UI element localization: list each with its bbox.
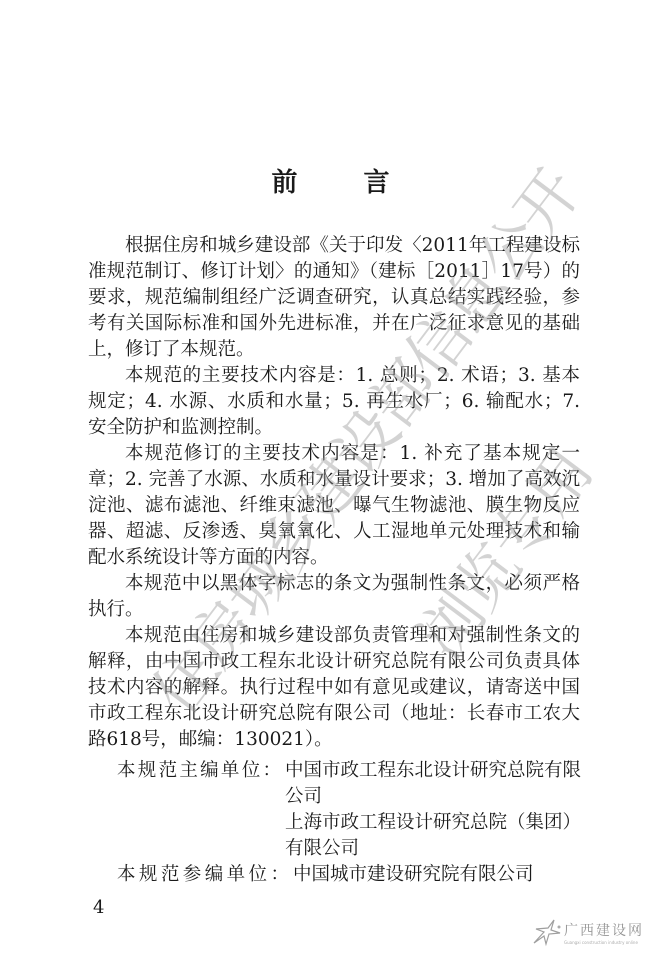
paragraph-mandatory-clauses: 本规范中以黑体字标志的条文为强制性条文，必须严格执行。 [88,571,580,623]
chief-editor-unit: 中国市政工程东北设计研究总院有限公司 [285,758,587,810]
paragraph-basis: 根据住房和城乡建设部《关于印发〈2011年工程建设标准规范制订、修订计划〉的通知… [88,233,580,363]
preface-body: 根据住房和城乡建设部《关于印发〈2011年工程建设标准规范制订、修订计划〉的通知… [88,233,580,753]
site-logo: 广西建设网 Guangxi construction industry onli… [532,912,660,952]
paragraph-revision-content: 本规范修订的主要技术内容是：1. 补充了基本规定一章；2. 完善了水源、水质和水… [88,441,580,571]
star-logo-icon [532,917,562,947]
logo-name: 广西建设网 [564,920,644,940]
logo-text: 广西建设网 Guangxi construction industry onli… [564,920,644,945]
participating-units-row: 本规范参编单位： 中国城市建设研究院有限公司 [117,862,587,888]
title-char-1: 前 [271,162,297,199]
logo-subtitle: Guangxi construction industry online [564,940,644,945]
paragraph-main-content: 本规范的主要技术内容是：1. 总则；2. 术语；3. 基本规定；4. 水源、水质… [88,363,580,441]
chief-editor-units-row: 本规范主编单位： 中国市政工程东北设计研究总院有限公司 上海市政工程设计研究总院… [117,758,587,862]
chief-editor-units-label: 本规范主编单位： [117,758,285,862]
participating-units-label: 本规范参编单位： [117,862,293,888]
paragraph-administration: 本规范由住房和城乡建设部负责管理和对强制性条文的解释，由中国市政工程东北设计研究… [88,623,580,753]
editing-units: 本规范主编单位： 中国市政工程东北设计研究总院有限公司 上海市政工程设计研究总院… [117,758,587,888]
chief-editor-unit: 上海市政工程设计研究总院（集团）有限公司 [285,810,587,862]
participating-unit: 中国城市建设研究院有限公司 [293,862,587,888]
participating-units-values: 中国城市建设研究院有限公司 [293,862,587,888]
page-number: 4 [93,897,104,918]
document-page: 前言 根据住房和城乡建设部《关于印发〈2011年工程建设标准规范制订、修订计划〉… [0,0,661,958]
page-title: 前言 [0,162,661,199]
chief-editor-units-values: 中国市政工程东北设计研究总院有限公司 上海市政工程设计研究总院（集团）有限公司 [285,758,587,862]
title-char-2: 言 [364,162,390,199]
